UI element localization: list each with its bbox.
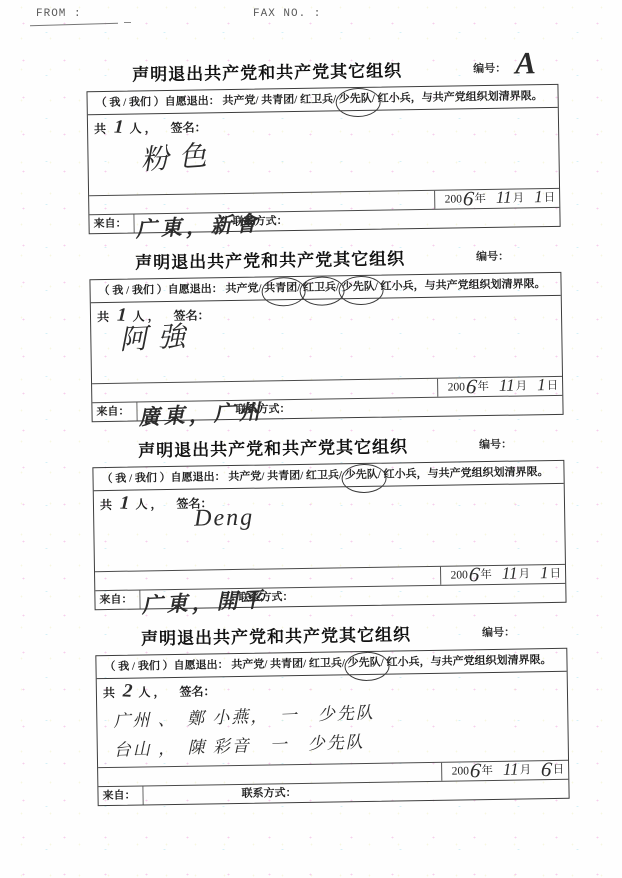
year-label: 年 <box>474 193 486 205</box>
org-option-red-guards: 红卫兵/ <box>306 469 345 482</box>
date-year-handwritten: 6 <box>465 381 477 392</box>
signature-area: 共1人 ，签名： 粉色 <box>88 108 559 195</box>
date-year-handwritten: 6 <box>462 193 474 204</box>
year-label: 年 <box>477 381 489 393</box>
date-year-prefix: 200 <box>452 765 469 777</box>
serial-handwritten-value: A <box>515 45 536 81</box>
month-label: 月 <box>519 568 531 580</box>
count-handwritten: 1 <box>119 492 130 514</box>
count-handwritten: 1 <box>113 117 124 139</box>
declaration-section-2: 声明退出共产党和共产党其它组织 编号： （ 我 / 我们 ）自愿退出： 共产党/… <box>89 242 564 422</box>
serial-field: 编号： <box>482 624 515 641</box>
org-option-red-guards: 红卫兵/ <box>309 657 348 670</box>
declaration-section-1: 声明退出共产党和共产党其它组织 编号： A （ 我 / 我们 ）自愿退出： 共产… <box>86 54 561 234</box>
declaration-box: （ 我 / 我们 ）自愿退出： 共产党/ 共青团/ 红卫兵/ 少先队/ 红小兵，… <box>95 648 569 806</box>
from-handwritten-value: 广東，新會 <box>135 214 261 238</box>
org-option-youth-league: 共青团/ <box>270 658 309 671</box>
date-cell: 2006年11月1日 <box>439 565 565 585</box>
fax-from-label: FROM : <box>36 8 82 20</box>
date-year-prefix: 200 <box>451 569 468 581</box>
handwritten-signature: Deng <box>194 505 254 533</box>
from-label: 来自： <box>95 590 140 609</box>
date-day-handwritten: 1 <box>534 192 543 202</box>
serial-label: 编号： <box>473 63 506 76</box>
org-option-little-red-soldiers: 红小兵， <box>383 468 427 481</box>
declaration-box: （ 我 / 我们 ）自愿退出： 共产党/ 共青团/ 红卫兵/ 少先队/ 红小兵，… <box>92 460 566 610</box>
count-suffix: 人 ， <box>138 685 165 699</box>
signature-area: 共1人 ，签名： Deng <box>94 484 565 571</box>
from-label: 来自： <box>89 215 134 234</box>
declaration-box: （ 我 / 我们 ）自愿退出： 共产党/ 共青团/ 红卫兵/ 少先队/ 红小兵，… <box>89 272 563 422</box>
day-label: 日 <box>547 380 559 392</box>
handwritten-signature: 阿強 <box>118 314 196 358</box>
declaration-suffix: 与共产党组织划清界限。 <box>425 278 546 292</box>
count-row: 共1人 ，签名： <box>100 486 564 515</box>
date-day-handwritten: 1 <box>540 568 549 578</box>
declaration-prefix: （ 我 / 我们 ）自愿退出： <box>96 95 223 109</box>
declaration-prefix: （ 我 / 我们 ）自愿退出： <box>99 283 226 297</box>
fax-from-underline-dash <box>124 22 131 23</box>
count-row: 共1人 ，签名： <box>94 110 558 139</box>
date-cell: 2006年11月1日 <box>434 189 560 209</box>
signature-label: 签名： <box>179 684 215 699</box>
count-suffix: 人 ， <box>129 121 156 135</box>
scanned-fax-page: { "fax_header": { "from_label": "FROM :"… <box>0 0 622 878</box>
org-option-youth-league: 共青团/ <box>261 94 300 107</box>
serial-label: 编号： <box>482 627 515 640</box>
date-year-prefix: 200 <box>445 193 462 205</box>
declaration-prefix: （ 我 / 我们 ）自愿退出： <box>101 471 228 485</box>
date-day-handwritten: 1 <box>537 380 546 390</box>
count-prefix: 共 <box>94 122 106 136</box>
day-label: 日 <box>544 192 556 204</box>
date-month-handwritten: 11 <box>502 569 518 579</box>
declaration-prefix: （ 我 / 我们 ）自愿退出： <box>104 659 231 673</box>
org-option-little-red-soldiers: 红小兵， <box>386 656 430 669</box>
count-prefix: 共 <box>97 310 109 324</box>
declaration-box: （ 我 / 我们 ）自愿退出： 共产党/ 共青团/ 红卫兵/ 少先队/ 红小兵，… <box>86 84 560 234</box>
count-suffix: 人 ， <box>135 497 162 511</box>
month-label: 月 <box>513 192 525 204</box>
org-option-ccp: 共产党/ <box>231 658 270 671</box>
org-option-red-guards: 红卫兵/ <box>300 93 339 106</box>
declaration-suffix: 与共产党组织划清界限。 <box>427 466 548 480</box>
count-prefix: 共 <box>100 498 112 512</box>
serial-field: 编号： A <box>473 60 506 77</box>
org-option-ccp: 共产党/ <box>222 95 261 108</box>
date-cell: 2006年11月6日 <box>441 761 569 781</box>
date-year-handwritten: 6 <box>469 765 481 776</box>
count-handwritten: 2 <box>122 680 133 702</box>
from-handwritten-value: 廣東，广州 <box>138 402 264 426</box>
day-label: 日 <box>553 764 565 776</box>
date-month-handwritten: 11 <box>496 193 512 203</box>
declaration-section-4: 声明退出共产党和共产党其它组织 编号： （ 我 / 我们 ）自愿退出： 共产党/… <box>95 618 570 806</box>
from-label: 来自： <box>98 786 143 805</box>
from-label: 来自： <box>92 403 137 422</box>
declaration-suffix: 与共产党组织划清界限。 <box>430 654 551 668</box>
contact-label: 联系方式： <box>241 784 296 803</box>
year-label: 年 <box>480 569 492 581</box>
from-handwritten-value: 广東，開平 <box>141 590 267 614</box>
org-option-little-red-soldiers: 红小兵， <box>381 280 425 293</box>
date-year-prefix: 200 <box>448 381 465 393</box>
count-prefix: 共 <box>103 686 115 700</box>
fax-number-label: FAX NO. : <box>253 8 321 20</box>
date-month-handwritten: 11 <box>503 765 519 775</box>
year-label: 年 <box>481 765 493 777</box>
month-label: 月 <box>516 380 528 392</box>
declaration-section-3: 声明退出共产党和共产党其它组织 编号： （ 我 / 我们 ）自愿退出： 共产党/… <box>92 430 567 610</box>
serial-label: 编号： <box>476 251 509 264</box>
handwritten-signature: 粉色 <box>139 133 218 178</box>
signature-label: 签名： <box>170 120 206 135</box>
signature-area: 共1人 ，签名： 阿強 <box>91 296 562 383</box>
date-month-handwritten: 11 <box>499 381 515 391</box>
date-year-handwritten: 6 <box>468 569 480 580</box>
org-option-youth-league: 共青团/ <box>267 470 306 483</box>
serial-field: 编号： <box>479 436 512 453</box>
day-label: 日 <box>550 568 562 580</box>
org-option-ccp: 共产党/ <box>225 283 264 296</box>
fax-from-underline <box>30 23 118 26</box>
date-day-handwritten: 6 <box>541 764 553 775</box>
scanned-document: 声明退出共产党和共产党其它组织 编号： A （ 我 / 我们 ）自愿退出： 共产… <box>0 53 622 823</box>
org-option-ccp: 共产党/ <box>228 470 267 483</box>
serial-field: 编号： <box>476 248 509 265</box>
signature-area: 共2人 ，签名： 广州 、 鄭 小燕， 一 少先队 台山 ， 陳 彩音 一 少先… <box>97 672 568 767</box>
declaration-suffix: 与共产党组织划清界限。 <box>422 90 543 104</box>
serial-label: 编号： <box>479 439 512 452</box>
date-cell: 2006年11月1日 <box>437 377 563 397</box>
month-label: 月 <box>520 764 532 776</box>
org-option-little-red-soldiers: 红小兵， <box>378 92 422 105</box>
